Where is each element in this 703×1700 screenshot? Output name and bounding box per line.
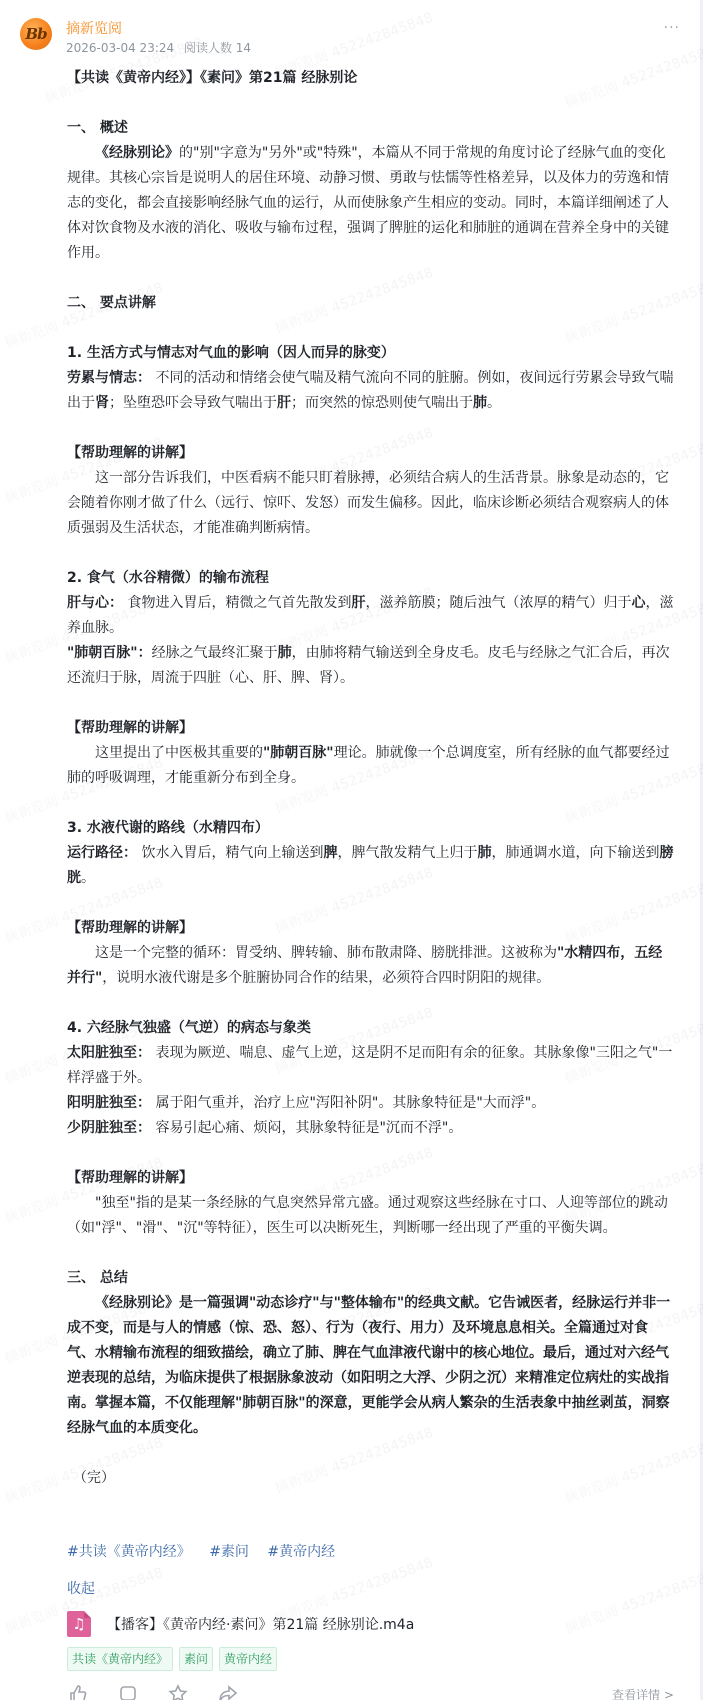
help-heading: 【帮助理解的讲解】 bbox=[67, 1166, 674, 1191]
tag-list: 共读《黄帝内经》 素问 黄帝内经 bbox=[67, 1647, 277, 1671]
paragraph: "肺朝百脉"：经脉之气最终汇聚于肺，由肺将精气输送到全身皮毛。皮毛与经脉之气汇合… bbox=[67, 641, 674, 691]
subsection-heading: 4. 六经脉气独盛（气逆）的病态与象类 bbox=[67, 1016, 674, 1041]
view-detail-link[interactable]: 查看详情 > bbox=[612, 1686, 674, 1700]
subsection-heading: 1. 生活方式与情志对气血的影响（因人而异的脉变） bbox=[67, 341, 674, 366]
post-card: 摘新览阅 4522428458​48 摘新览阅 4522428458​48 摘新… bbox=[0, 0, 700, 1700]
paragraph: 运行路径： 饮水入胃后，精气向上输送到脾，脾气散发精气上归于肺，肺通调水道，向下… bbox=[67, 841, 674, 891]
section-heading: 三、 总结 bbox=[67, 1266, 674, 1291]
paragraph: 肝与心： 食物进入胃后，精微之气首先散发到肝，滋养筋膜；随后浊气（浓厚的精气）归… bbox=[67, 591, 674, 641]
share-button[interactable] bbox=[218, 1684, 238, 1700]
thumbs-up-icon bbox=[68, 1684, 88, 1700]
subsection-heading: 2. 食气（水谷精微）的输布流程 bbox=[67, 566, 674, 591]
paragraph: 《经脉别论》的"别"字意为"另外"或"特殊"，本篇从不同于常规的角度讨论了经脉气… bbox=[67, 141, 674, 266]
favorite-button[interactable] bbox=[168, 1684, 188, 1700]
paragraph: 劳累与情志： 不同的活动和情绪会使气喘及精气流向不同的脏腑。例如，夜间远行劳累会… bbox=[67, 366, 674, 416]
help-heading: 【帮助理解的讲解】 bbox=[67, 716, 674, 741]
star-icon bbox=[168, 1684, 188, 1700]
tag[interactable]: 黄帝内经 bbox=[219, 1647, 277, 1671]
paragraph: 少阴脏独至： 容易引起心痛、烦闷，其脉象特征是"沉而不浮"。 bbox=[67, 1116, 674, 1141]
paragraph: 这里提出了中医极其重要的"肺朝百脉"理论。肺就像一个总调度室，所有经脉的血气都要… bbox=[67, 741, 674, 791]
paragraph: 这是一个完整的循环：胃受纳、脾转输、肺布散肃降、膀胱排泄。这被称为"水精四布，五… bbox=[67, 941, 674, 991]
summary-paragraph: 《经脉别论》是一篇强调"动态诊疗"与"整体输布"的经典文献。它告诫医者，经脉运行… bbox=[67, 1291, 674, 1441]
post-header: Bb 摘新览阅 2026-03-04 23:24 阅读人数 14 ··· bbox=[20, 16, 680, 56]
section-heading: 二、 要点讲解 bbox=[67, 291, 674, 316]
paragraph: 这一部分告诉我们，中医看病不能只盯着脉搏，必须结合病人的生活背景。脉象是动态的，… bbox=[67, 466, 674, 541]
article-title: 【共读《黄帝内经》】《素问》第21篇 经脉别论 bbox=[67, 66, 674, 91]
hashtag-list: #共读《黄帝内经》 #素问 #黄帝内经 bbox=[67, 1541, 349, 1561]
share-icon bbox=[218, 1684, 238, 1700]
comment-button[interactable] bbox=[118, 1684, 138, 1700]
avatar[interactable]: Bb bbox=[20, 18, 52, 50]
post-datetime: 2026-03-04 23:24 bbox=[66, 41, 174, 55]
article-body: 【共读《黄帝内经》】《素问》第21篇 经脉别论 一、 概述 《经脉别论》的"别"… bbox=[67, 66, 674, 1491]
paragraph: 阳明脏独至： 属于阳气重并，治疗上应"泻阳补阴"。其脉象特征是"大而浮"。 bbox=[67, 1091, 674, 1116]
help-heading: 【帮助理解的讲解】 bbox=[67, 916, 674, 941]
subsection-heading: 3. 水液代谢的路线（水精四布） bbox=[67, 816, 674, 841]
action-bar bbox=[68, 1684, 238, 1700]
paragraph: "独至"指的是某一条经脉的气息突然异常亢盛。通过观察这些经脉在寸口、人迎等部位的… bbox=[67, 1191, 674, 1241]
hashtag[interactable]: #素问 bbox=[209, 1544, 249, 1560]
help-heading: 【帮助理解的讲解】 bbox=[67, 441, 674, 466]
hashtag[interactable]: #共读《黄帝内经》 bbox=[67, 1544, 191, 1560]
hashtag[interactable]: #黄帝内经 bbox=[267, 1544, 335, 1560]
more-options-icon[interactable]: ··· bbox=[664, 20, 680, 36]
section-heading: 一、 概述 bbox=[67, 116, 674, 141]
comment-icon bbox=[118, 1684, 138, 1700]
collapse-link[interactable]: 收起 bbox=[67, 1578, 95, 1598]
author-name[interactable]: 摘新览阅 bbox=[66, 18, 122, 38]
tag[interactable]: 素问 bbox=[179, 1647, 213, 1671]
post-meta: 2026-03-04 23:24 阅读人数 14 bbox=[66, 39, 251, 56]
like-button[interactable] bbox=[68, 1684, 88, 1700]
music-file-icon: ♫ bbox=[67, 1611, 91, 1637]
paragraph: 太阳脏独至： 表现为厥逆、喘息、虚气上逆，这是阴不足而阳有余的征象。其脉象像"三… bbox=[67, 1041, 674, 1091]
attachment-name[interactable]: 【播客】《黄帝内经·素问》第21篇 经脉别论.m4a bbox=[107, 1614, 414, 1634]
attachment[interactable]: ♫ 【播客】《黄帝内经·素问》第21篇 经脉别论.m4a bbox=[67, 1611, 414, 1637]
read-count: 阅读人数 14 bbox=[184, 41, 251, 55]
end-mark: （完） bbox=[67, 1466, 674, 1491]
tag[interactable]: 共读《黄帝内经》 bbox=[67, 1647, 173, 1671]
